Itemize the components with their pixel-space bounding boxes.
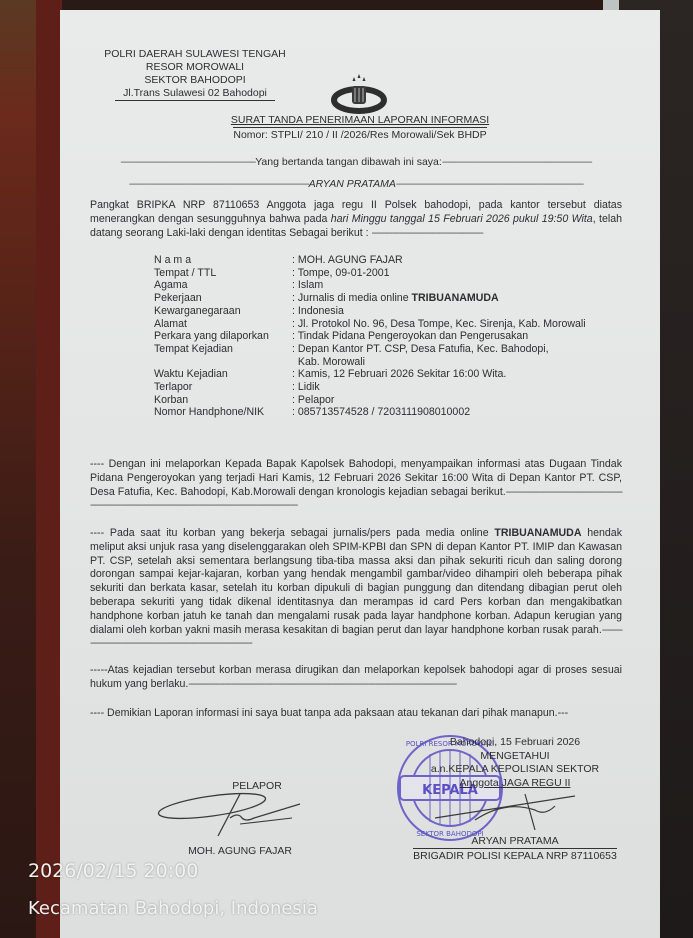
letterhead-line: POLRI DAERAH SULAWESI TENGAH	[100, 48, 290, 61]
identity-label: Alamat	[154, 318, 292, 331]
identity-row: Pekerjaan: Jurnalis di media online TRIB…	[154, 292, 634, 305]
place-date: Bahodopi, 15 Februari 2026	[390, 736, 640, 750]
identity-row: Tempat / TTL: Tompe, 09-01-2001	[154, 267, 634, 280]
identity-value: : Tindak Pidana Pengeroyokan dan Pengeru…	[292, 330, 634, 343]
document-number: Nomor: STPLI/ 210 / II /2026/Res Morowal…	[233, 127, 486, 142]
officer-name: ARYAN PRATAMA	[309, 178, 396, 190]
identity-value: : Tompe, 09-01-2001	[292, 267, 634, 280]
identity-label: Nomor Handphone/NIK	[154, 406, 292, 419]
identity-value: : Indonesia	[292, 305, 634, 318]
identity-value: : 085713574528 / 7203111908010002	[292, 406, 634, 419]
identity-row: Alamat: Jl. Protokol No. 96, Desa Tompe,…	[154, 318, 634, 331]
identity-label: Tempat / TTL	[154, 267, 292, 280]
identity-row: Tempat Kejadian: Depan Kantor PT. CSP, D…	[154, 343, 634, 356]
identity-label: Tempat Kejadian	[154, 343, 292, 356]
officer-name-line: ----------------------------------------…	[92, 178, 620, 190]
title-main: SURAT TANDA PENERIMAAN LAPORAN INFORMASI	[60, 114, 660, 127]
reporter-signature-block: PELAPOR MOH. AGUNG FAJAR	[150, 780, 330, 857]
identity-value: : Depan Kantor PT. CSP, Desa Fatufia, Ke…	[292, 343, 634, 356]
reporter-name: MOH. AGUNG FAJAR	[150, 845, 330, 857]
request-paragraph: -----Atas kejadian tersebut korban meras…	[90, 664, 622, 692]
polri-emblem-icon	[330, 74, 388, 114]
chronology-paragraph: ---- Pada saat itu korban yang bekerja s…	[90, 527, 622, 651]
identity-label: Kewarganegaraan	[154, 305, 292, 318]
letterhead-line: RESOR MOROWALI	[100, 61, 290, 74]
reporter-signature-icon	[150, 792, 330, 840]
identity-label	[154, 356, 292, 369]
identity-row: Perkara yang dilaporkan: Tindak Pidana P…	[154, 330, 634, 343]
unit-label: Anggota JAGA REGU II	[390, 777, 640, 791]
identity-value: Kab. Morowali	[292, 356, 634, 369]
identity-value: : Pelapor	[292, 394, 634, 407]
identity-label: N a m a	[154, 254, 292, 267]
identity-label: Pekerjaan	[154, 292, 292, 305]
letterhead: POLRI DAERAH SULAWESI TENGAH RESOR MOROW…	[100, 48, 290, 101]
identity-row: N a m a: MOH. AGUNG FAJAR	[154, 254, 634, 267]
signed-line: ----------------------------------------…	[92, 156, 620, 168]
officer-rank: BRIGADIR POLISI KEPALA NRP 87110653	[413, 848, 617, 864]
identity-label: Terlapor	[154, 381, 292, 394]
acknowledged-label: MENGETAHUI	[390, 750, 640, 764]
officer-signature-icon	[415, 790, 615, 830]
identity-row: Waktu Kejadian: Kamis, 12 Februari 2026 …	[154, 368, 634, 381]
letterhead-line: SEKTOR BAHODOPI	[100, 74, 290, 87]
photo-location: Kecamatan Bahodopi, Indonesia	[28, 898, 318, 919]
identity-row: Terlapor: Lidik	[154, 381, 634, 394]
identity-value: : Jl. Protokol No. 96, Desa Tompe, Kec. …	[292, 318, 634, 331]
identity-label: Waktu Kejadian	[154, 368, 292, 381]
identity-value: : Lidik	[292, 381, 634, 394]
background-door-frame-left	[0, 0, 62, 938]
closing-paragraph: ---- Demikian Laporan informasi ini saya…	[90, 707, 622, 721]
report-paragraph-1: ---- Dengan ini melaporkan Kepada Bapak …	[90, 458, 622, 513]
identity-row: Agama: Islam	[154, 279, 634, 292]
identity-value: : MOH. AGUNG FAJAR	[292, 254, 634, 267]
identity-label: Perkara yang dilaporkan	[154, 330, 292, 343]
document-title: SURAT TANDA PENERIMAAN LAPORAN INFORMASI…	[60, 114, 660, 142]
photo-timestamp: 2026/02/15 20:00	[28, 860, 198, 882]
officer-signature-block: Bahodopi, 15 Februari 2026 MENGETAHUI a.…	[390, 736, 640, 864]
identity-label: Korban	[154, 394, 292, 407]
identity-value: : Kamis, 12 Februari 2026 Sekitar 16:00 …	[292, 368, 634, 381]
identity-row: Kab. Morowali	[154, 356, 634, 369]
identity-row: Nomor Handphone/NIK: 085713574528 / 7203…	[154, 406, 634, 419]
identity-row: Kewarganegaraan: Indonesia	[154, 305, 634, 318]
officer-name: ARYAN PRATAMA	[390, 835, 640, 849]
identity-value: : Islam	[292, 279, 634, 292]
intro-paragraph: Pangkat BRIPKA NRP 87110653 Anggota jaga…	[90, 199, 622, 240]
identity-label: Agama	[154, 279, 292, 292]
identity-value: : Jurnalis di media online TRIBUANAMUDA	[292, 292, 634, 305]
identity-row: Korban: Pelapor	[154, 394, 634, 407]
letterhead-address: Jl.Trans Sulawesi 02 Bahodopi	[115, 87, 275, 101]
report-document: POLRI DAERAH SULAWESI TENGAH RESOR MOROW…	[60, 10, 660, 938]
identity-table: N a m a: MOH. AGUNG FAJARTempat / TTL: T…	[154, 254, 634, 419]
on-behalf-label: a.n.KEPALA KEPOLISIAN SEKTOR	[390, 763, 640, 777]
reporter-role: PELAPOR	[150, 780, 330, 792]
